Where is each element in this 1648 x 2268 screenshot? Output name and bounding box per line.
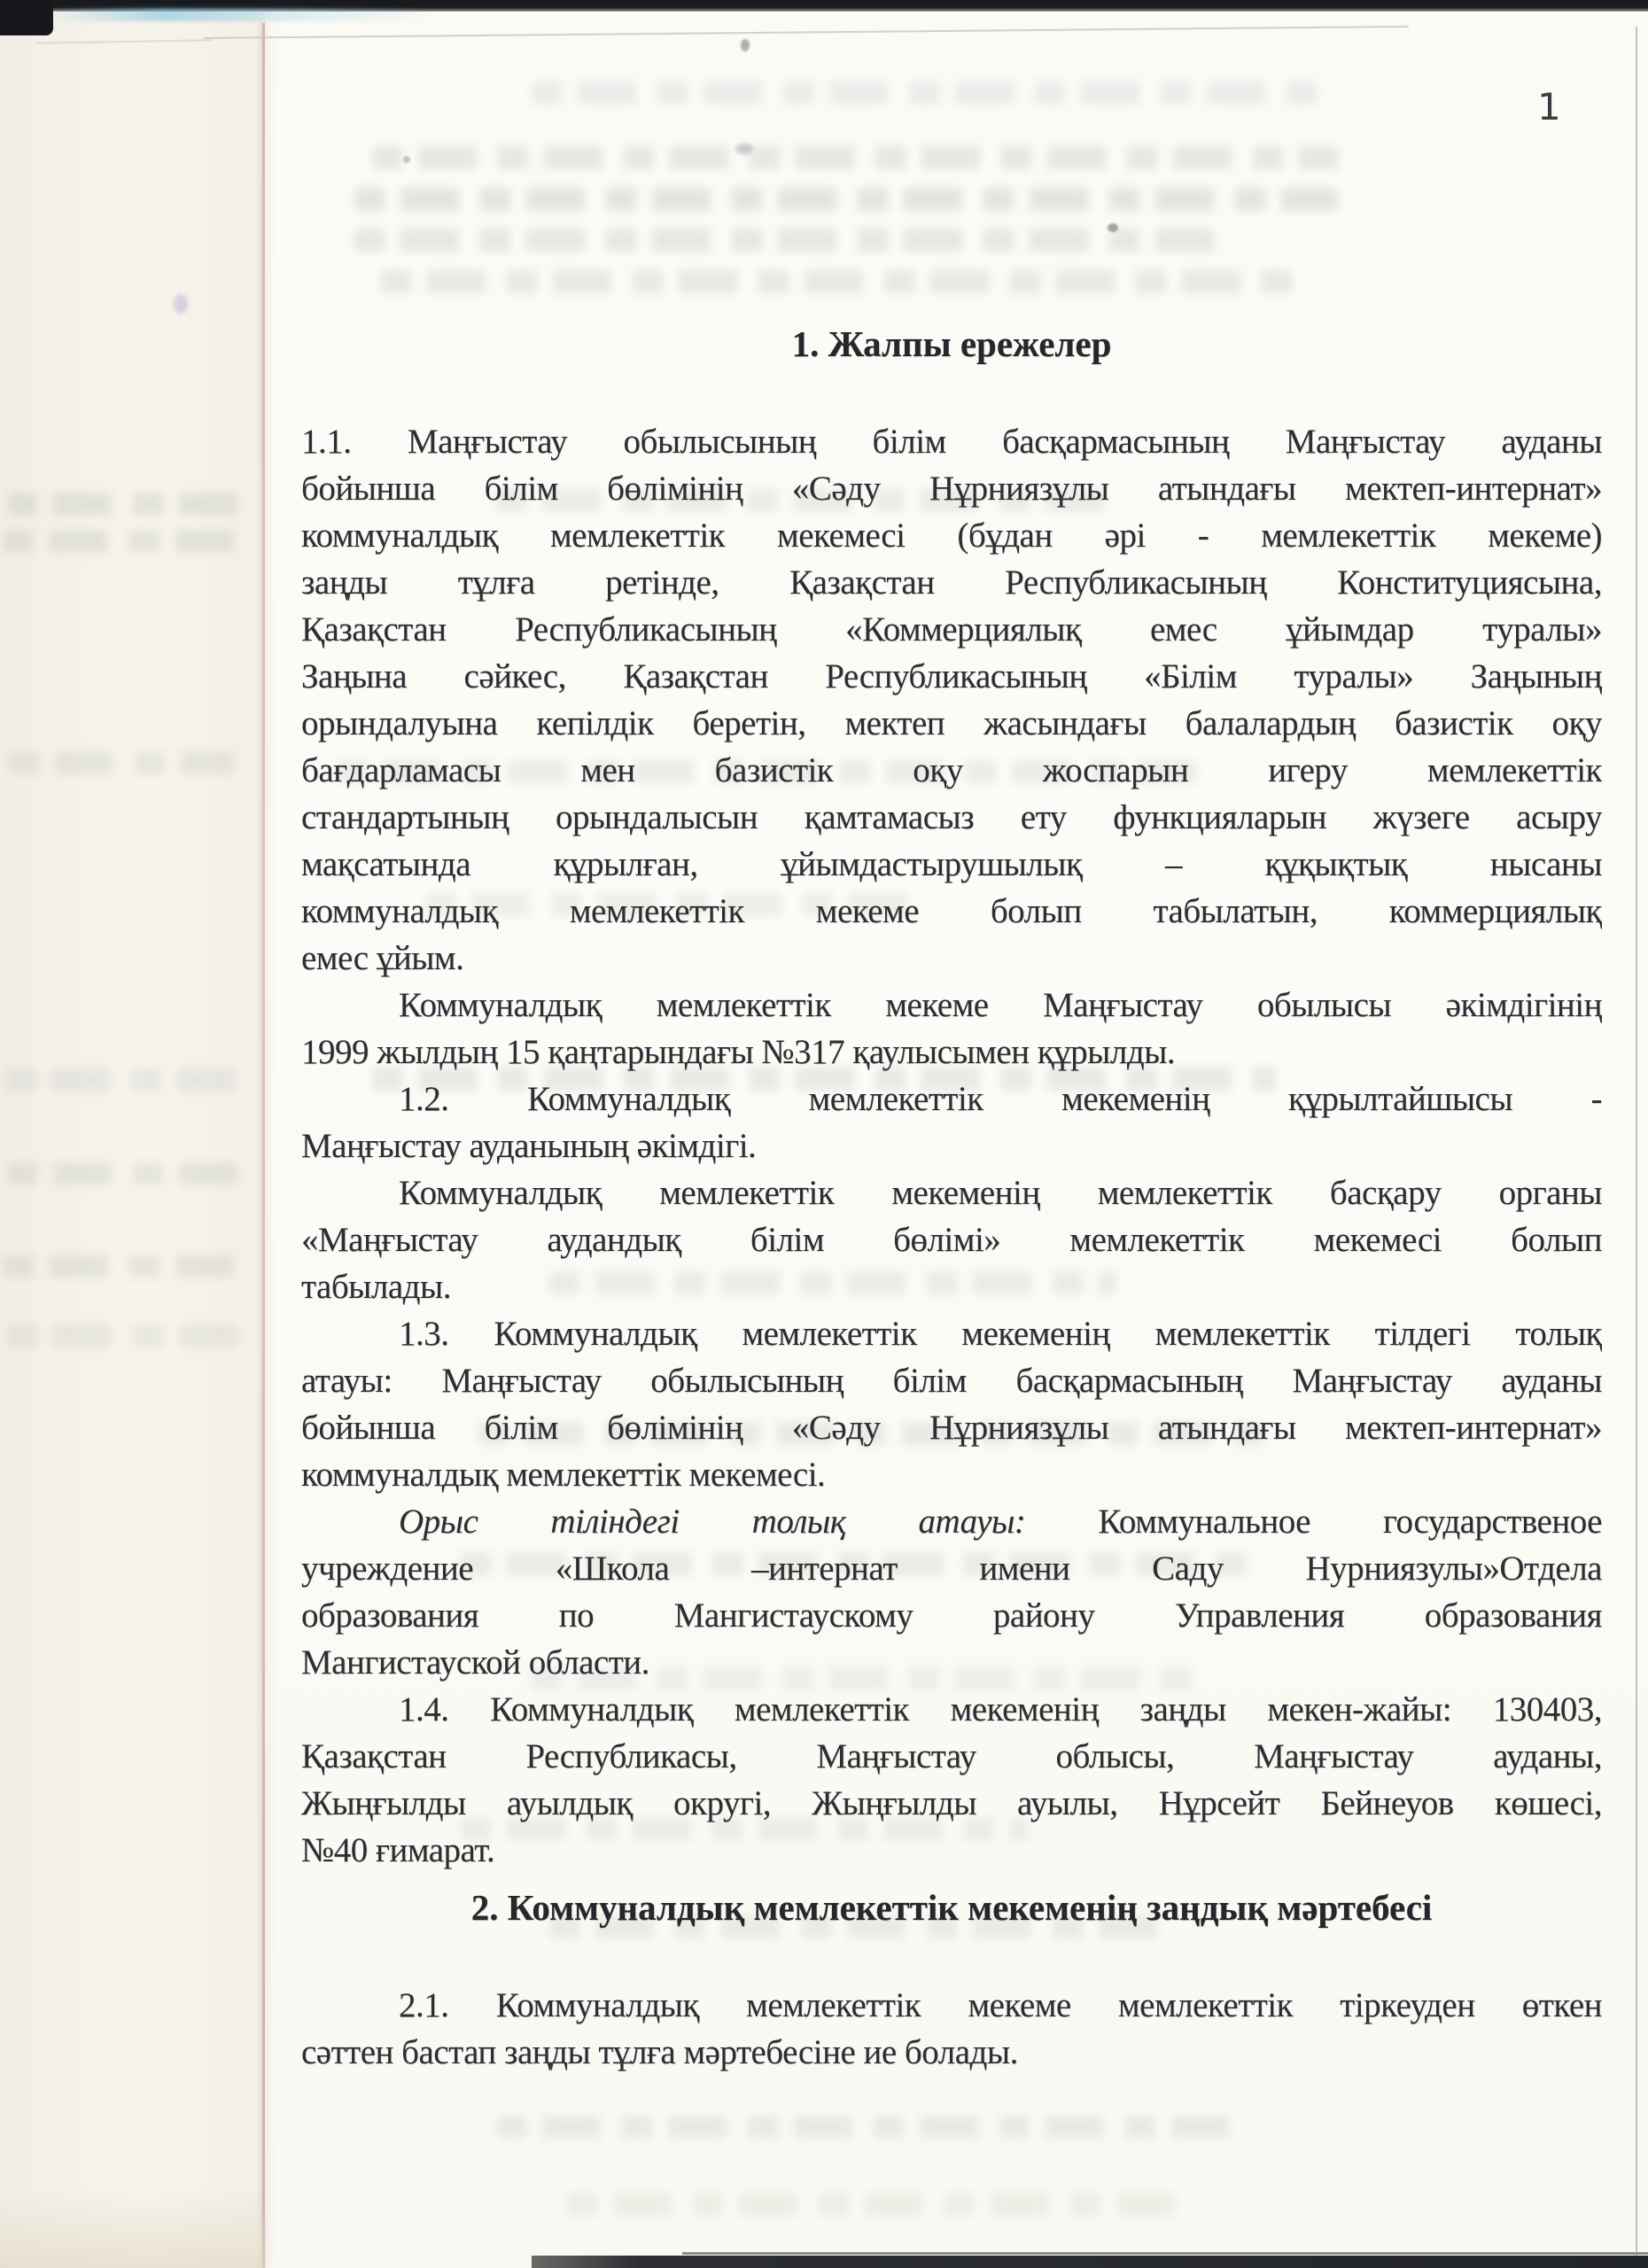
section-heading: 2. Коммуналдық мемлекеттік мекеменің заң… — [301, 1886, 1602, 1929]
bleedthrough-artifact — [7, 493, 246, 516]
bleedthrough-artifact — [5, 1068, 245, 1091]
document-line: Орыс тіліндегі толық атауы: Коммунальное… — [301, 1498, 1602, 1545]
document-line: бойынша білім бөлімінің «Сәду Нұрниязұлы… — [301, 1404, 1602, 1451]
scanner-glare — [49, 8, 430, 21]
bleedthrough-artifact — [4, 530, 252, 553]
line-text: заңды тұлға ретінде, Қазақстан Республик… — [301, 563, 1602, 602]
line-text: атауы: Маңғыстау обылысының білім басқар… — [301, 1362, 1602, 1400]
bleedthrough-artifact — [9, 751, 235, 774]
page-bottom-shadow — [0, 2188, 266, 2268]
line-text: Коммуналдық мемлекеттік мекеменің мемлек… — [399, 1174, 1602, 1212]
line-text: коммуналдық мемлекеттік мекемесі. — [301, 1456, 825, 1494]
line-text: 1.1. Маңғыстау обылысының білім басқарма… — [301, 423, 1602, 461]
document-line: образования по Мангистаускому району Упр… — [301, 1592, 1602, 1639]
bleedthrough-artifact — [7, 1324, 237, 1348]
line-text: Коммуналдық мемлекеттік мекеме Маңғыстау… — [399, 986, 1602, 1024]
line-text: бойынша білім бөлімінің «Сәду Нұрниязұлы… — [301, 1409, 1602, 1447]
line-text: стандартының орындалысын қамтамасыз ету … — [301, 798, 1602, 836]
line-text: коммуналдық мемлекеттік мекеме болып таб… — [301, 892, 1602, 930]
line-text: Қазақстан Республикасының «Коммерциялық … — [301, 610, 1602, 649]
document-line: 1.4. Коммуналдық мемлекеттік мекеменің з… — [301, 1686, 1602, 1733]
line-text: 1.4. Коммуналдық мемлекеттік мекеменің з… — [399, 1690, 1602, 1728]
document-line: 1.2. Коммуналдық мемлекеттік мекеменің қ… — [301, 1076, 1602, 1122]
scanned-document: 1 1. Жалпы ережелер1.1. Маңғыстау обылыс… — [0, 0, 1648, 2268]
line-text: орындалуына кепілдік беретін, мектеп жас… — [301, 704, 1602, 742]
section-heading: 1. Жалпы ережелер — [301, 322, 1602, 365]
bleedthrough-artifact — [567, 2193, 1187, 2216]
line-text: 1.2. Коммуналдық мемлекеттік мекеменің қ… — [399, 1080, 1602, 1118]
scanner-edge-bottom — [532, 2256, 1648, 2268]
document-line: заңды тұлға ретінде, Қазақстан Республик… — [301, 559, 1602, 606]
bleedthrough-artifact — [4, 1254, 247, 1278]
line-text: коммуналдық мемлекеттік мекемесі (бұдан … — [301, 517, 1602, 555]
line-text: 1. Жалпы ережелер — [792, 323, 1112, 364]
line-text: Мангистауской области. — [301, 1643, 649, 1682]
line-text: учреждение «Школа –интернат имени Саду Н… — [301, 1550, 1602, 1588]
document-line: емес ұйым. — [301, 935, 1602, 982]
line-text: Жыңғылды ауылдық округі, Жыңғылды ауылы,… — [301, 1784, 1602, 1822]
line-text: 1.3. Коммуналдық мемлекеттік мекеменің м… — [399, 1315, 1602, 1353]
document-line: 1.1. Маңғыстау обылысының білім басқарма… — [301, 418, 1602, 465]
document-line: «Маңғыстау аудандық білім бөлімі» мемлек… — [301, 1216, 1602, 1263]
line-text: 2. Коммуналдық мемлекеттік мекеменің заң… — [471, 1887, 1433, 1928]
document-line: Заңына сәйкес, Қазақстан Республикасының… — [301, 653, 1602, 700]
line-text: бойынша білім бөлімінің «Сәду Нұрниязұлы… — [301, 470, 1602, 508]
line-text: Коммунальное государственое — [1025, 1503, 1602, 1541]
page-fold-edge — [262, 23, 265, 2268]
page-right-edge — [1636, 27, 1637, 2256]
document-line: коммуналдық мемлекеттік мекемесі (бұдан … — [301, 512, 1602, 559]
line-text: Қазақстан Республикасы, Маңғыстау облысы… — [301, 1737, 1602, 1775]
line-text: 2.1. Коммуналдық мемлекеттік мекеме мемл… — [399, 1986, 1602, 2024]
document-line: Қазақстан Республикасы, Маңғыстау облысы… — [301, 1733, 1602, 1780]
page-bottom-edge — [682, 2252, 1648, 2255]
document-line: Мангистауской области. — [301, 1639, 1602, 1686]
underlying-page-edge — [0, 12, 265, 2268]
line-text: Маңғыстау ауданының әкімдігі. — [301, 1127, 756, 1165]
line-text: образования по Мангистаускому району Упр… — [301, 1596, 1602, 1635]
document-line: стандартының орындалысын қамтамасыз ету … — [301, 794, 1602, 841]
bleedthrough-artifact — [7, 1162, 242, 1185]
bleedthrough-artifact — [496, 2116, 1232, 2139]
document-lines: 1. Жалпы ережелер1.1. Маңғыстау обылысын… — [301, 0, 1602, 2076]
document-line: орындалуына кепілдік беретін, мектеп жас… — [301, 700, 1602, 747]
line-text: сәттен бастап заңды тұлға мәртебесіне ие… — [301, 2033, 1018, 2071]
document-line: табылады. — [301, 1263, 1602, 1310]
line-text: бағдарламасы мен базистік оқу жоспарын и… — [301, 751, 1602, 789]
line-text: №40 ғимарат. — [301, 1831, 494, 1869]
document-line: Қазақстан Республикасының «Коммерциялық … — [301, 606, 1602, 653]
scanner-corner-top-left — [0, 0, 53, 35]
line-text: табылады. — [301, 1268, 451, 1306]
document-line: сәттен бастап заңды тұлға мәртебесіне ие… — [301, 2029, 1602, 2076]
document-line: коммуналдық мемлекеттік мекемесі. — [301, 1451, 1602, 1498]
document-line: Коммуналдық мемлекеттік мекеменің мемлек… — [301, 1169, 1602, 1216]
document-line: 2.1. Коммуналдық мемлекеттік мекеме мемл… — [301, 1982, 1602, 2029]
document-line: атауы: Маңғыстау обылысының білім басқар… — [301, 1357, 1602, 1404]
document-line: Маңғыстау ауданының әкімдігі. — [301, 1122, 1602, 1169]
document-line: №40 ғимарат. — [301, 1827, 1602, 1874]
line-text: Заңына сәйкес, Қазақстан Республикасының… — [301, 657, 1602, 695]
line-text: емес ұйым. — [301, 939, 463, 977]
document-line: Коммуналдық мемлекеттік мекеме Маңғыстау… — [301, 982, 1602, 1029]
ink-smudge — [174, 294, 188, 314]
document-line: Жыңғылды ауылдық округі, Жыңғылды ауылы,… — [301, 1780, 1602, 1827]
document-line: 1.3. Коммуналдық мемлекеттік мекеменің м… — [301, 1310, 1602, 1357]
document-line: бағдарламасы мен базистік оқу жоспарын и… — [301, 747, 1602, 794]
document-line: мақсатында құрылған, ұйымдастырушылық – … — [301, 841, 1602, 888]
line-lead-italic: Орыс тіліндегі толық атауы: — [399, 1503, 1025, 1541]
document-line: учреждение «Школа –интернат имени Саду Н… — [301, 1545, 1602, 1592]
line-text: 1999 жылдың 15 қаңтарындағы №317 қаулысы… — [301, 1033, 1175, 1071]
document-line: 1999 жылдың 15 қаңтарындағы №317 қаулысы… — [301, 1029, 1602, 1076]
document-line: бойынша білім бөлімінің «Сәду Нұрниязұлы… — [301, 465, 1602, 512]
document-line: коммуналдық мемлекеттік мекеме болып таб… — [301, 888, 1602, 935]
line-text: мақсатында құрылған, ұйымдастырушылық – … — [301, 845, 1602, 883]
line-text: «Маңғыстау аудандық білім бөлімі» мемлек… — [301, 1221, 1602, 1259]
